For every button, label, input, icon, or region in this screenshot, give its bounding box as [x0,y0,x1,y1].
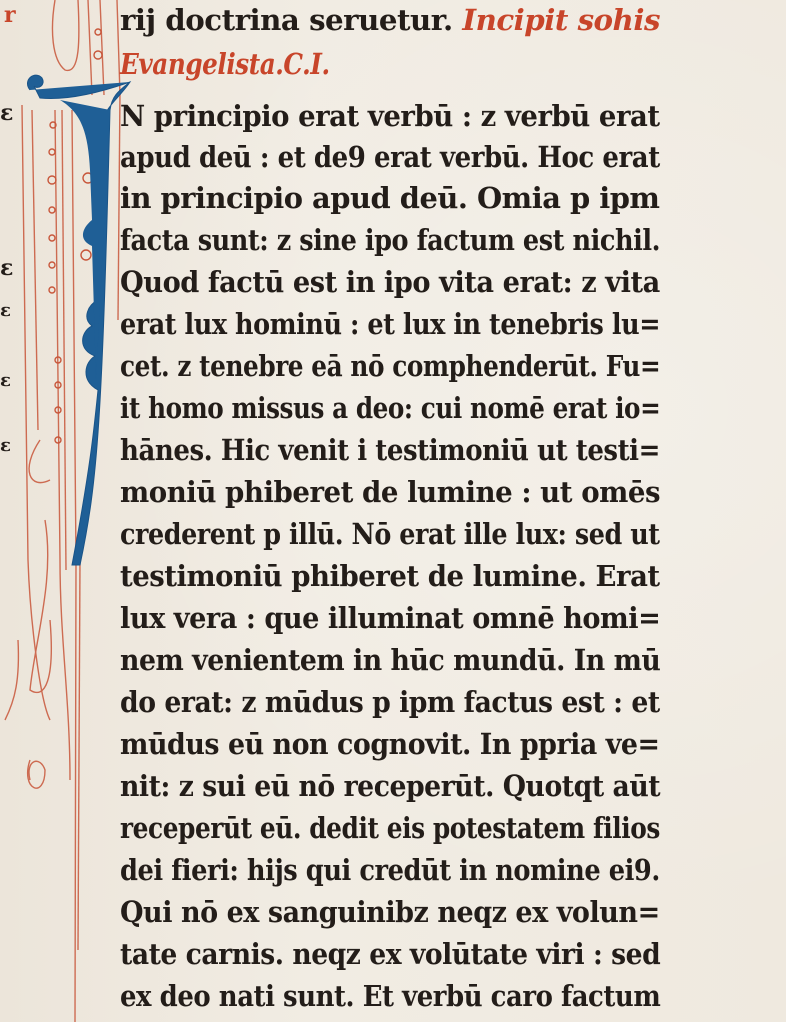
text-line: do erat: z mūdus p ipm factus est : et [120,684,660,720]
heading-line-1: rij doctrina seruetur. Incipit sohis [120,2,660,38]
text-line: Qui nō ex sanguinibz neqz ex volun= [120,894,660,930]
margin-fragment: ɛ [0,255,13,281]
rubric-incipit: Incipit sohis [462,3,660,37]
text-line: tate carnis. neqz ex volūtate viri : sed [120,936,660,972]
margin-fragment: ɛ [0,435,11,456]
text-line: lux vera : que illuminat omnē homi= [120,600,660,636]
text-line: apud deū : et de9 erat verbū. Hoc erat [120,139,660,175]
text-line: nem venientem in hūc mundū. In mū [120,642,660,678]
margin-fragment: ɛ [0,300,11,321]
text-line: it homo missus a deo: cui nomē erat io= [120,390,660,426]
margin-fragment: ɛ [0,100,13,126]
text-line: receperūt eū. dedit eis potestatem filio… [120,810,660,846]
heading-black-text: rij doctrina seruetur. [120,3,453,37]
text-line: erat lux hominū : et lux in tenebris lu= [120,306,660,342]
text-line: testimoniū phiberet de lumine. Erat [120,558,660,594]
text-line: Quod factū est in ipo vita erat: z vita [120,264,660,300]
text-line: crederent p illū. Nō erat ille lux: sed … [120,516,660,552]
text-line: cet. z tenebre eā nō comphenderūt. Fu= [120,348,660,384]
margin-fragment: ɛ [0,370,11,391]
text-line: moniū phiberet de lumine : ut omēs [120,474,660,510]
svg-text:r: r [4,2,16,28]
text-line: dei fieri: hijs qui credūt in nomine ei9… [120,852,660,888]
text-line: ex deo nati sunt. Et verbū caro factum [120,978,660,1014]
rubric-evangelista: Evangelista.C.I. [120,46,330,82]
manuscript-page: r ɛ ɛ ɛ ɛ ɛ rij doctrina seruetur. Incip… [0,0,786,1022]
text-line: hānes. Hic venit i testimoniū ut testi= [120,432,660,468]
text-line: N principio erat verbū : z verbū erat [120,98,660,134]
text-line: nit: z sui eū nō receperūt. Quotqt aūt [120,768,660,804]
text-line: facta sunt: z sine ipo factum est nichil… [120,222,660,258]
text-line: in principio apud deū. Omia p ipm [120,180,660,216]
text-line: mūdus eū non cognovit. In ppria ve= [120,726,660,762]
